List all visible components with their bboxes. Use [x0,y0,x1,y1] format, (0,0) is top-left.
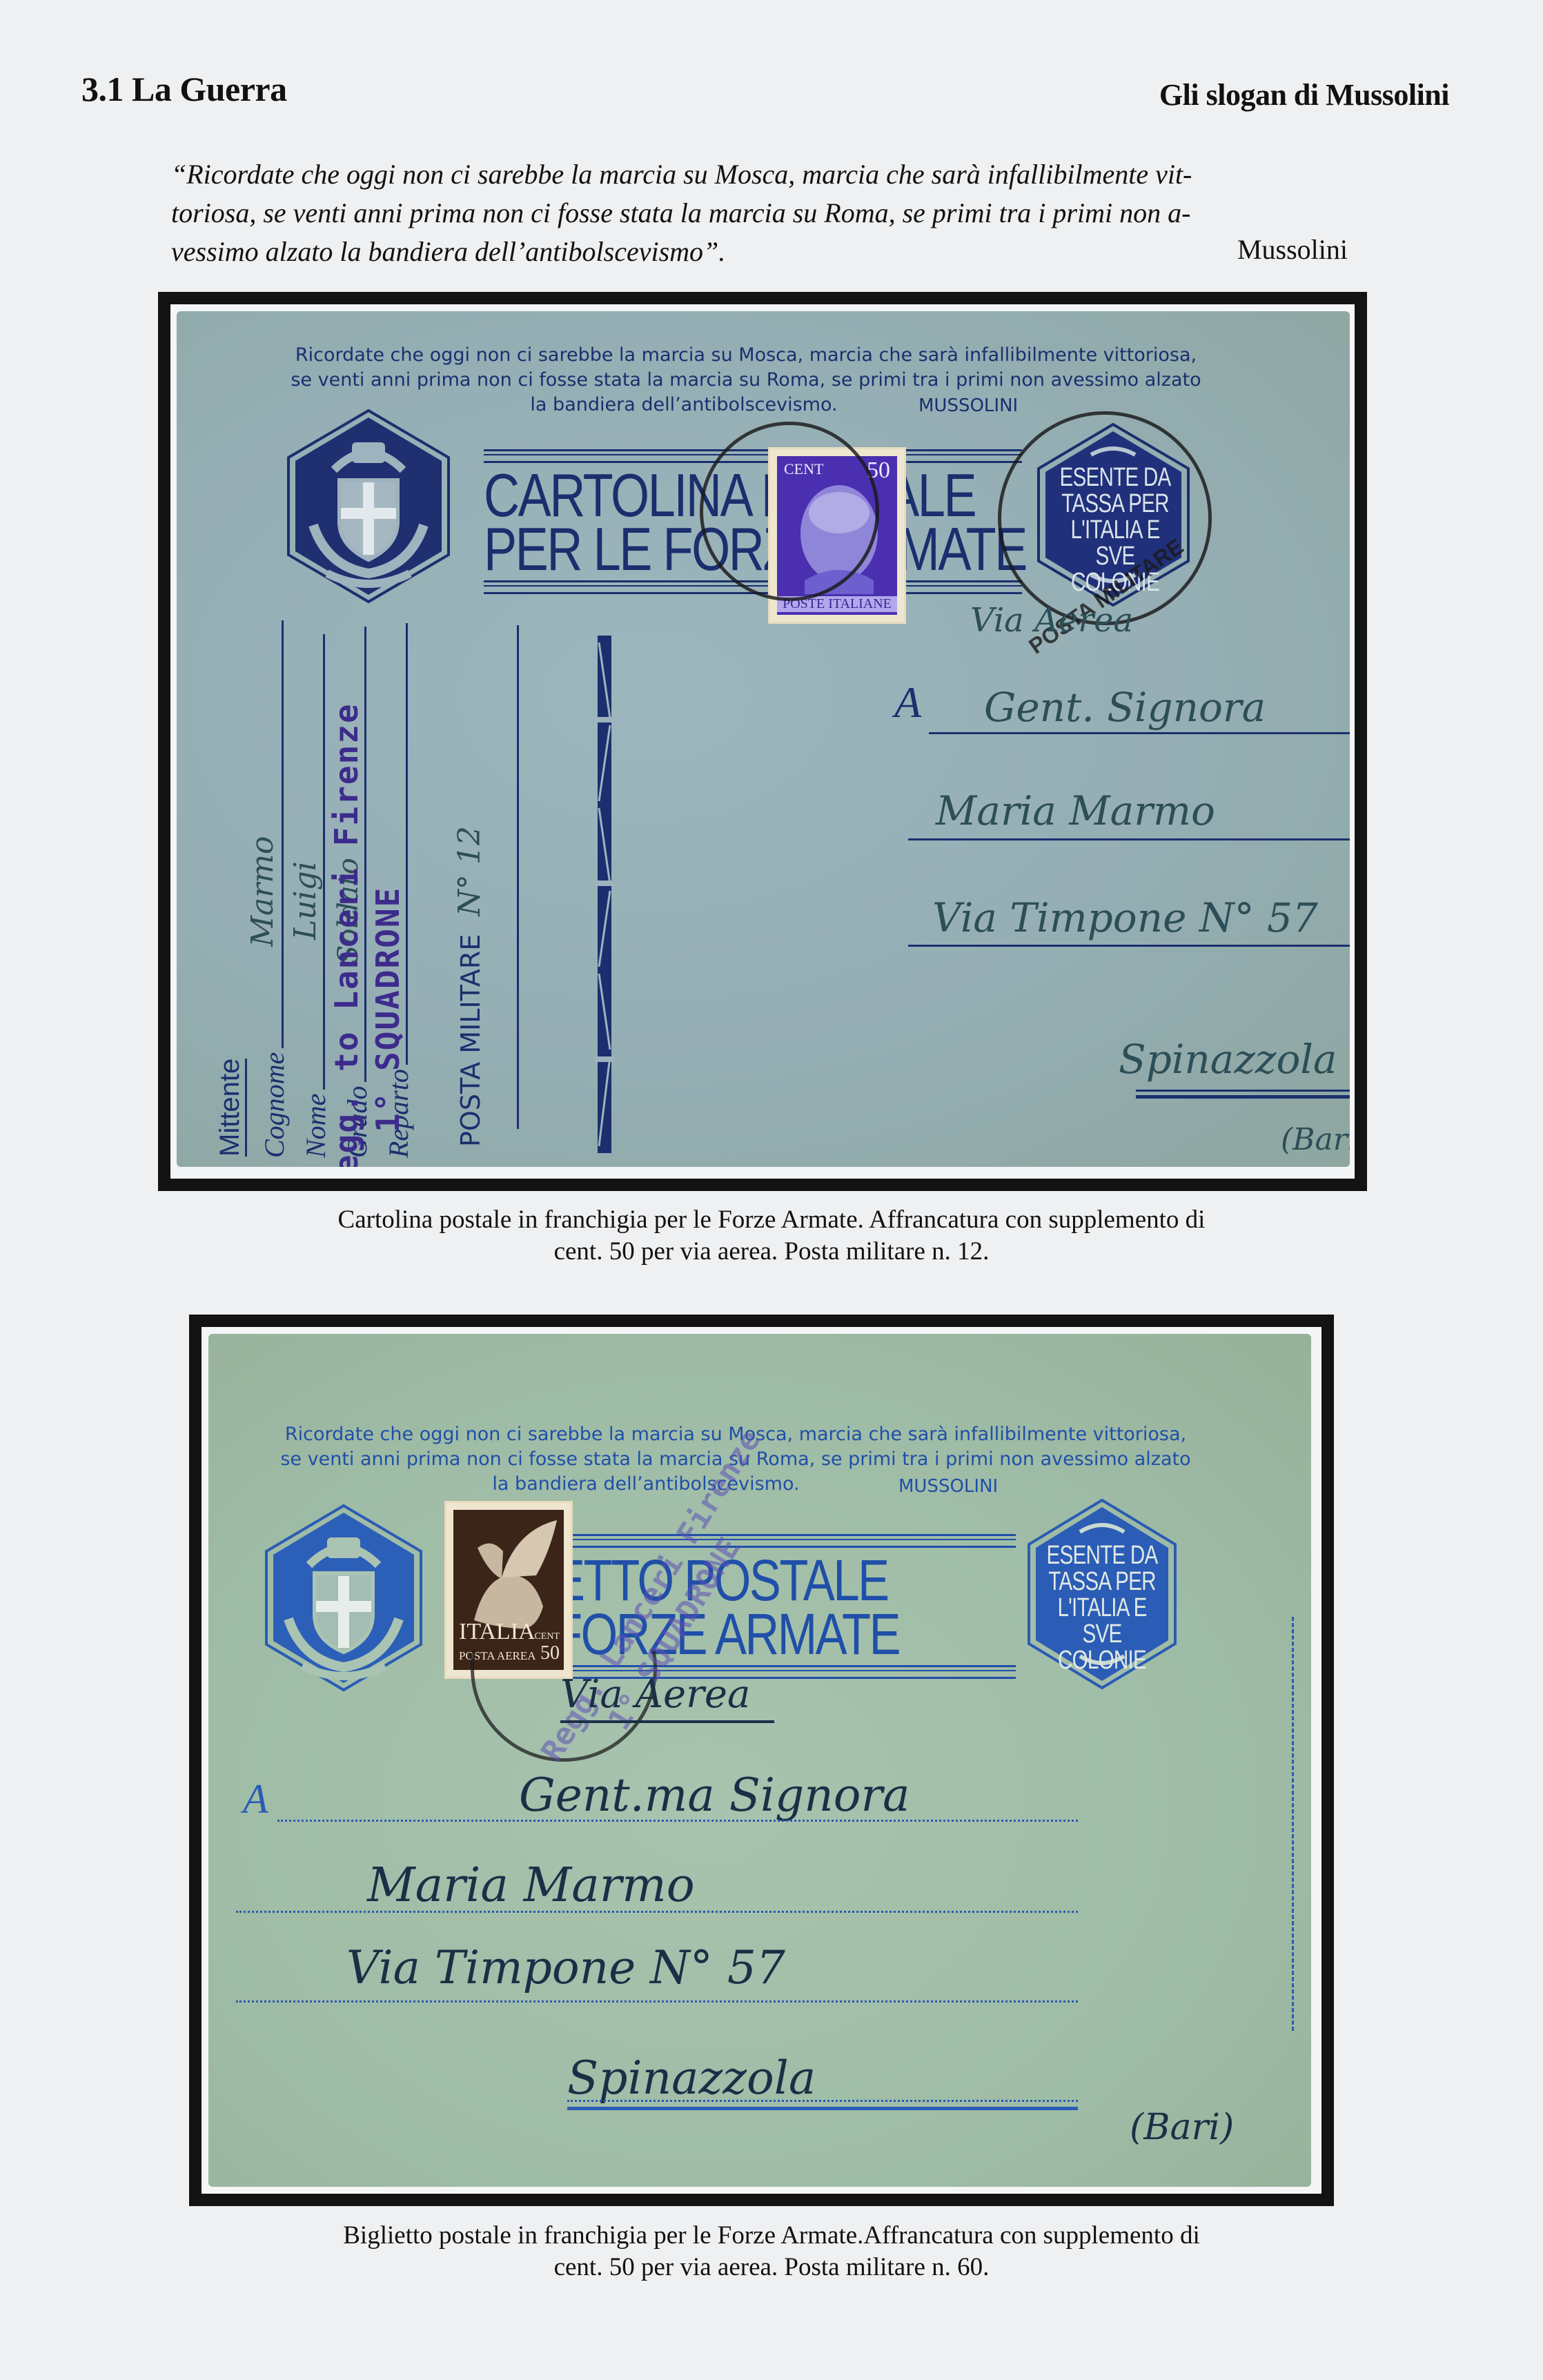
quote-line: vessimo alzato la bandiera dell’antibols… [171,233,1358,271]
address-line-3: Via Timpone N° 57 [932,894,1318,941]
savoy-coat-of-arms-icon [286,408,451,604]
address-line-3: Via Timpone N° 57 [346,1941,785,1994]
item-frame-2: Ricordate che oggi non ci sarebbe la mar… [189,1315,1334,2206]
address-line-2: Maria Marmo [936,787,1215,834]
pm-number: N° 12 [452,826,487,916]
section-subtitle: Gli slogan di Mussolini [1159,77,1449,112]
address-province: (Bari) [1281,1122,1350,1157]
cachet-line: Regg. to Lanceri Firenze [326,702,367,1167]
caption-line: cent. 50 per via aerea. Posta militare n… [0,2252,1543,2283]
exempt-text: ESENTE DA TASSA PER L'ITALIA E SVE COLON… [1039,1542,1166,1673]
motto-line: Ricordate che oggi non ci sarebbe la mar… [218,343,1274,368]
address-rule [236,2000,1078,2003]
caption-line: Biglietto postale in franchigia per le F… [0,2220,1543,2252]
motto: Ricordate che oggi non ci sarebbe la mar… [177,343,1350,417]
sender-value-cognome: Marmo [245,836,280,947]
via-aerea-underline [560,1720,774,1723]
address-line-1: Gent. Signora [984,684,1266,731]
fasces-divider-icon [591,636,618,1153]
exempt-line: ESENTE DA [1039,1542,1166,1568]
address-rule-solid [567,2107,1078,2110]
via-aerea-note: Via Aerea [970,601,1133,640]
pm-underline [517,625,519,1129]
caption-line: cent. 50 per via aerea. Posta militare n… [0,1236,1543,1268]
quote-author: Mussolini [1237,233,1348,266]
address-rule [567,2100,1078,2102]
quote-line: “Ricordate che oggi non ci sarebbe la ma… [171,155,1358,194]
caption-item-1: Cartolina postale in franchigia per le F… [0,1204,1543,1268]
quote: “Ricordate che oggi non ci sarebbe la ma… [171,155,1358,271]
address-rule [236,1911,1078,1913]
address-prefix: A [243,1776,268,1823]
address-line-4: Spinazzola [1119,1036,1337,1083]
address-rule [277,1820,1078,1822]
address-line-4: Spinazzola [567,2052,816,2105]
address-line-1: Gent.ma Signora [519,1769,910,1822]
cachet-line: 1° SQUADRONE [367,702,409,1167]
address-prefix: A [894,677,921,728]
address-rule [908,838,1350,840]
postcard-cartolina: Ricordate che oggi non ci sarebbe la mar… [177,311,1350,1167]
motto-line: se venti anni prima non ci fosse stata l… [218,368,1274,393]
exempt-line: L'ITALIA E [1039,1595,1166,1621]
pm-label-text: POSTA MILITARE [455,934,486,1147]
via-aerea-note: Via Aerea [560,1672,750,1717]
unit-cachet: Regg. to Lanceri Firenze 1° SQUADRONE [326,702,409,1167]
fold-guide-line [1292,1617,1294,2031]
stamp-cent: CENT [534,1631,560,1642]
exempt-line: SVE COLONIE [1039,1621,1166,1673]
stamp-country: ITALIA [459,1619,535,1645]
address-rule [1136,1095,1350,1099]
address-line-2: Maria Marmo [367,1858,695,1913]
posta-militare-label: POSTA MILITARE N° 12 [452,826,487,1147]
caption-item-2: Biglietto postale in franchigia per le F… [0,2220,1543,2283]
postmark-circle [700,422,879,601]
motto-signature: MUSSOLINI [898,1476,998,1497]
section-title: 3.1 La Guerra [81,69,287,109]
sender-value-nome: Luigi [288,861,323,940]
savoy-coat-of-arms-icon [264,1503,424,1693]
item-frame-1: Ricordate che oggi non ci sarebbe la mar… [158,292,1367,1191]
address-rule [908,945,1350,947]
letter-sheet-biglietto: Ricordate che oggi non ci sarebbe la mar… [208,1334,1311,2187]
caption-line: Cartolina postale in franchigia per le F… [0,1204,1543,1236]
address-rule [929,732,1350,734]
quote-line: toriosa, se venti anni prima non ci foss… [171,194,1358,233]
address-rule [1136,1090,1350,1092]
field-label: Cognome [259,1052,290,1158]
sender-header: Mittente [215,1059,246,1157]
exempt-line: TASSA PER [1039,1568,1166,1595]
address-province: (Bari) [1130,2107,1234,2148]
motto-signature: MUSSOLINI [918,395,1018,416]
